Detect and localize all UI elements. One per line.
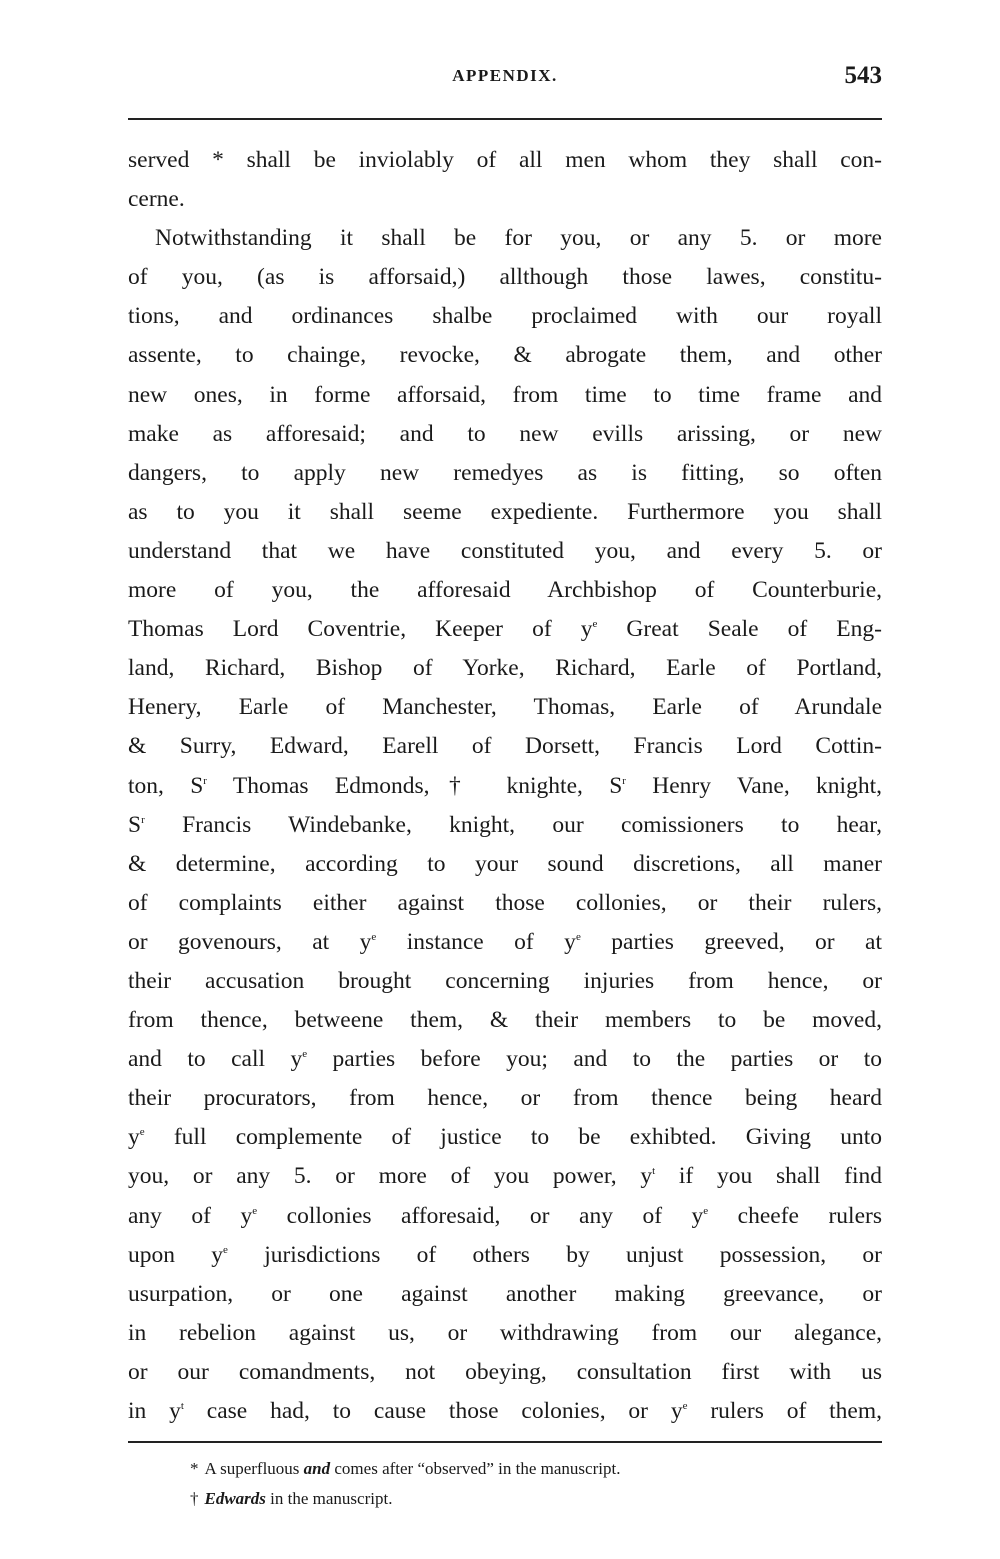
text-line: Henery, Earle of Manchester, Thomas, Ear…: [128, 688, 882, 727]
text-line: make as afforesaid; and to new evills ar…: [128, 415, 882, 454]
superscript-abbrev: e: [302, 1048, 307, 1060]
superscript-abbrev: r: [141, 814, 145, 826]
text-line: Thomas Lord Coventrie, Keeper of ye Grea…: [128, 610, 882, 649]
italic-word: Edwards: [205, 1489, 266, 1508]
superscript-abbrev: e: [223, 1244, 228, 1256]
text-line: Notwithstanding it shall be for you, or …: [128, 219, 882, 258]
text-line: land, Richard, Bishop of Yorke, Richard,…: [128, 649, 882, 688]
text-line: tions, and ordinances shalbe proclaimed …: [128, 297, 882, 336]
superscript-abbrev: e: [371, 931, 376, 943]
superscript-abbrev: r: [622, 775, 626, 787]
header-rule: [128, 118, 882, 120]
text-line: ton, Sr Thomas Edmonds,† knighte, Sr Hen…: [128, 767, 882, 806]
text-line: or our comandments, not obeying, consult…: [128, 1353, 882, 1392]
superscript-abbrev: e: [252, 1205, 257, 1217]
text-line: you, or any 5. or more of you power, yt …: [128, 1157, 882, 1196]
italic-word: and: [304, 1459, 330, 1478]
text-line: cerne.: [128, 180, 882, 219]
text-line: upon ye jurisdictions of others by unjus…: [128, 1236, 882, 1275]
text-line: of complaints either against those collo…: [128, 884, 882, 923]
text-line: more of you, the afforesaid Archbishop o…: [128, 571, 882, 610]
text-line: dangers, to apply new remedyes as is fit…: [128, 454, 882, 493]
superscript-abbrev: e: [576, 931, 581, 943]
superscript-abbrev: e: [703, 1205, 708, 1217]
body-text: served * shall be inviolably of all men …: [128, 141, 882, 1431]
footnote-rule: [128, 1441, 882, 1443]
text-line: and to call ye parties before you; and t…: [128, 1040, 882, 1079]
text-line: & determine, according to your sound dis…: [128, 845, 882, 884]
footnotes: *A superfluous and comes after “observed…: [190, 1454, 870, 1514]
text-line: assente, to chainge, revocke, & abrogate…: [128, 336, 882, 375]
text-line: & Surry, Edward, Earell of Dorsett, Fran…: [128, 727, 882, 766]
running-head: APPENDIX. 543: [128, 62, 882, 96]
superscript-abbrev: e: [683, 1400, 688, 1412]
text-line: Sr Francis Windebanke, knight, our comis…: [128, 806, 882, 845]
superscript-abbrev: e: [140, 1126, 145, 1138]
text-line: as to you it shall seeme expediente. Fur…: [128, 493, 882, 532]
text-line: any of ye collonies afforesaid, or any o…: [128, 1197, 882, 1236]
text-line: served * shall be inviolably of all men …: [128, 141, 882, 180]
superscript-abbrev: t: [181, 1400, 184, 1412]
running-title: APPENDIX.: [128, 66, 882, 86]
superscript-abbrev: t: [652, 1165, 655, 1177]
footnote-mark: *: [190, 1459, 199, 1478]
text-line: or govenours, at ye instance of ye parti…: [128, 923, 882, 962]
text-line: from thence, betweene them, & their memb…: [128, 1001, 882, 1040]
page-number: 543: [845, 62, 883, 90]
text-line: understand that we have constituted you,…: [128, 532, 882, 571]
text-line: their procurators, from hence, or from t…: [128, 1079, 882, 1118]
text-line: usurpation, or one against another makin…: [128, 1275, 882, 1314]
footnote: †Edwards in the manuscript.: [190, 1484, 870, 1514]
text-line: their accusation brought concerning inju…: [128, 962, 882, 1001]
text-line: new ones, in forme afforsaid, from time …: [128, 376, 882, 415]
text-line: ye full complemente of justice to be exh…: [128, 1118, 882, 1157]
text-line: in rebelion against us, or withdrawing f…: [128, 1314, 882, 1353]
footnote-mark: †: [190, 1489, 199, 1508]
footnote: *A superfluous and comes after “observed…: [190, 1454, 870, 1484]
superscript-abbrev: r: [203, 775, 207, 787]
book-page: APPENDIX. 543 served * shall be inviolab…: [0, 0, 1000, 1559]
text-line: of you, (as is afforsaid,) allthough tho…: [128, 258, 882, 297]
text-line: in yt case had, to cause those colonies,…: [128, 1392, 882, 1431]
superscript-abbrev: e: [592, 618, 597, 630]
